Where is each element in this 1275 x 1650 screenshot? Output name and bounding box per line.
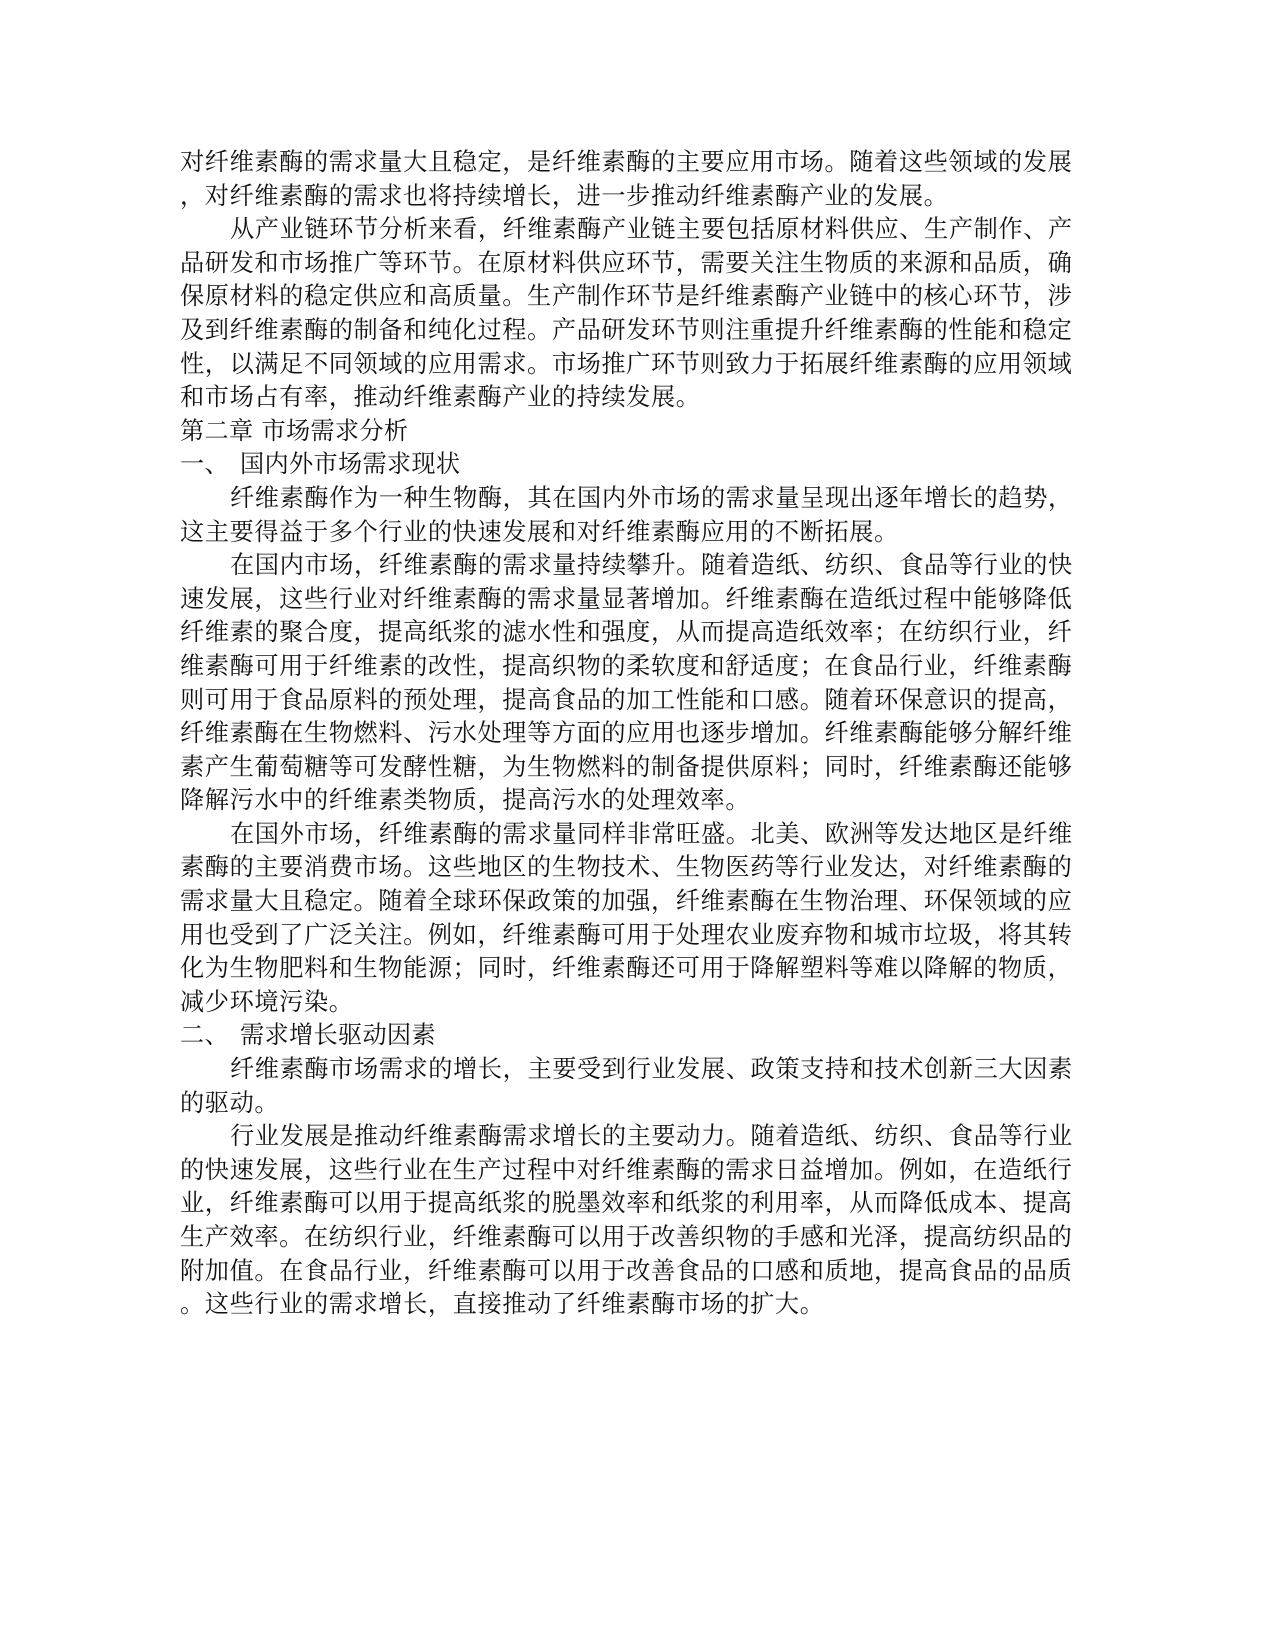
text-line: 降解污水中的纤维素类物质，提高污水的处理效率。 (180, 784, 1085, 818)
chapter-heading: 第二章 市场需求分析 (180, 415, 1085, 449)
text-line: 从产业链环节分析来看，纤维素酶产业链主要包括原材料供应、生产制作、产 (180, 213, 1085, 247)
text-line: 品研发和市场推广等环节。在原材料供应环节，需要关注生物质的来源和品质，确 (180, 247, 1085, 281)
text-line: 行业发展是推动纤维素酶需求增长的主要动力。随着造纸、纺织、食品等行业 (180, 1120, 1085, 1154)
section-number: 一、 (180, 448, 240, 482)
text-line: 素产生葡萄糖等可发酵性糖，为生物燃料的制备提供原料；同时，纤维素酶还能够 (180, 751, 1085, 785)
paragraph-market-overview: 纤维素酶作为一种生物酶，其在国内外市场的需求量呈现出逐年增长的趋势， 这主要得益… (180, 482, 1085, 549)
text-line: 性，以满足不同领域的应用需求。市场推广环节则致力于拓展纤维素酶的应用领域 (180, 348, 1085, 382)
text-line: 则可用于食品原料的预处理，提高食品的加工性能和口感。随着环保意识的提高， (180, 684, 1085, 718)
text-line: 附加值。在食品行业，纤维素酶可以用于改善食品的口感和质地，提高食品的品质 (180, 1255, 1085, 1289)
paragraph-growth-drivers: 纤维素酶市场需求的增长，主要受到行业发展、政策支持和技术创新三大因素 的驱动。 (180, 1053, 1085, 1120)
text-line: 。这些行业的需求增长，直接推动了纤维素酶市场的扩大。 (180, 1288, 1085, 1322)
text-line: 业，纤维素酶可以用于提高纸浆的脱墨效率和纸浆的利用率，从而降低成本、提高 (180, 1187, 1085, 1221)
text-line: ，对纤维素酶的需求也将持续增长，进一步推动纤维素酶产业的发展。 (180, 180, 1085, 214)
text-line: 及到纤维素酶的制备和纯化过程。产品研发环节则注重提升纤维素酶的性能和稳定 (180, 314, 1085, 348)
text-line: 速发展，这些行业对纤维素酶的需求量显著增加。纤维素酶在造纸过程中能够降低 (180, 583, 1085, 617)
section-heading: 二、需求增长驱动因素 (180, 1019, 1085, 1053)
paragraph-domestic-market: 在国内市场，纤维素酶的需求量持续攀升。随着造纸、纺织、食品等行业的快 速发展，这… (180, 549, 1085, 818)
text-line: 对纤维素酶的需求量大且稳定，是纤维素酶的主要应用市场。随着这些领域的发展 (180, 146, 1085, 180)
section-title: 国内外市场需求现状 (240, 450, 460, 478)
text-line: 的驱动。 (180, 1087, 1085, 1121)
section-title: 需求增长驱动因素 (240, 1021, 436, 1049)
section-number: 二、 (180, 1019, 240, 1053)
text-line: 用也受到了广泛关注。例如，纤维素酶可用于处理农业废弃物和城市垃圾，将其转 (180, 919, 1085, 953)
text-line: 在国外市场，纤维素酶的需求量同样非常旺盛。北美、欧洲等发达地区是纤维 (180, 818, 1085, 852)
paragraph-continuation: 对纤维素酶的需求量大且稳定，是纤维素酶的主要应用市场。随着这些领域的发展 ，对纤… (180, 146, 1085, 213)
text-line: 化为生物肥料和生物能源；同时，纤维素酶还可用于降解塑料等难以降解的物质， (180, 952, 1085, 986)
text-line: 生产效率。在纺织行业，纤维素酶可以用于改善织物的手感和光泽，提高纺织品的 (180, 1221, 1085, 1255)
text-line: 和市场占有率，推动纤维素酶产业的持续发展。 (180, 381, 1085, 415)
paragraph-industry-chain: 从产业链环节分析来看，纤维素酶产业链主要包括原材料供应、生产制作、产 品研发和市… (180, 213, 1085, 415)
text-line: 保原材料的稳定供应和高质量。生产制作环节是纤维素酶产业链中的核心环节，涉 (180, 280, 1085, 314)
text-line: 维素酶可用于纤维素的改性，提高织物的柔软度和舒适度；在食品行业，纤维素酶 (180, 650, 1085, 684)
text-line: 的快速发展，这些行业在生产过程中对纤维素酶的需求日益增加。例如，在造纸行 (180, 1154, 1085, 1188)
text-line: 纤维素酶市场需求的增长，主要受到行业发展、政策支持和技术创新三大因素 (180, 1053, 1085, 1087)
text-line: 减少环境污染。 (180, 986, 1085, 1020)
text-line: 纤维素酶作为一种生物酶，其在国内外市场的需求量呈现出逐年增长的趋势， (180, 482, 1085, 516)
text-line: 纤维素的聚合度，提高纸浆的滤水性和强度，从而提高造纸效率；在纺织行业，纤 (180, 616, 1085, 650)
paragraph-industry-development: 行业发展是推动纤维素酶需求增长的主要动力。随着造纸、纺织、食品等行业 的快速发展… (180, 1120, 1085, 1322)
text-line: 需求量大且稳定。随着全球环保政策的加强，纤维素酶在生物治理、环保领域的应 (180, 885, 1085, 919)
paragraph-foreign-market: 在国外市场，纤维素酶的需求量同样非常旺盛。北美、欧洲等发达地区是纤维 素酶的主要… (180, 818, 1085, 1020)
text-line: 在国内市场，纤维素酶的需求量持续攀升。随着造纸、纺织、食品等行业的快 (180, 549, 1085, 583)
text-line: 这主要得益于多个行业的快速发展和对纤维素酶应用的不断拓展。 (180, 516, 1085, 550)
text-line: 纤维素酶在生物燃料、污水处理等方面的应用也逐步增加。纤维素酶能够分解纤维 (180, 717, 1085, 751)
document-page: 对纤维素酶的需求量大且稳定，是纤维素酶的主要应用市场。随着这些领域的发展 ，对纤… (180, 146, 1085, 1322)
section-heading: 一、国内外市场需求现状 (180, 448, 1085, 482)
text-line: 素酶的主要消费市场。这些地区的生物技术、生物医药等行业发达，对纤维素酶的 (180, 851, 1085, 885)
